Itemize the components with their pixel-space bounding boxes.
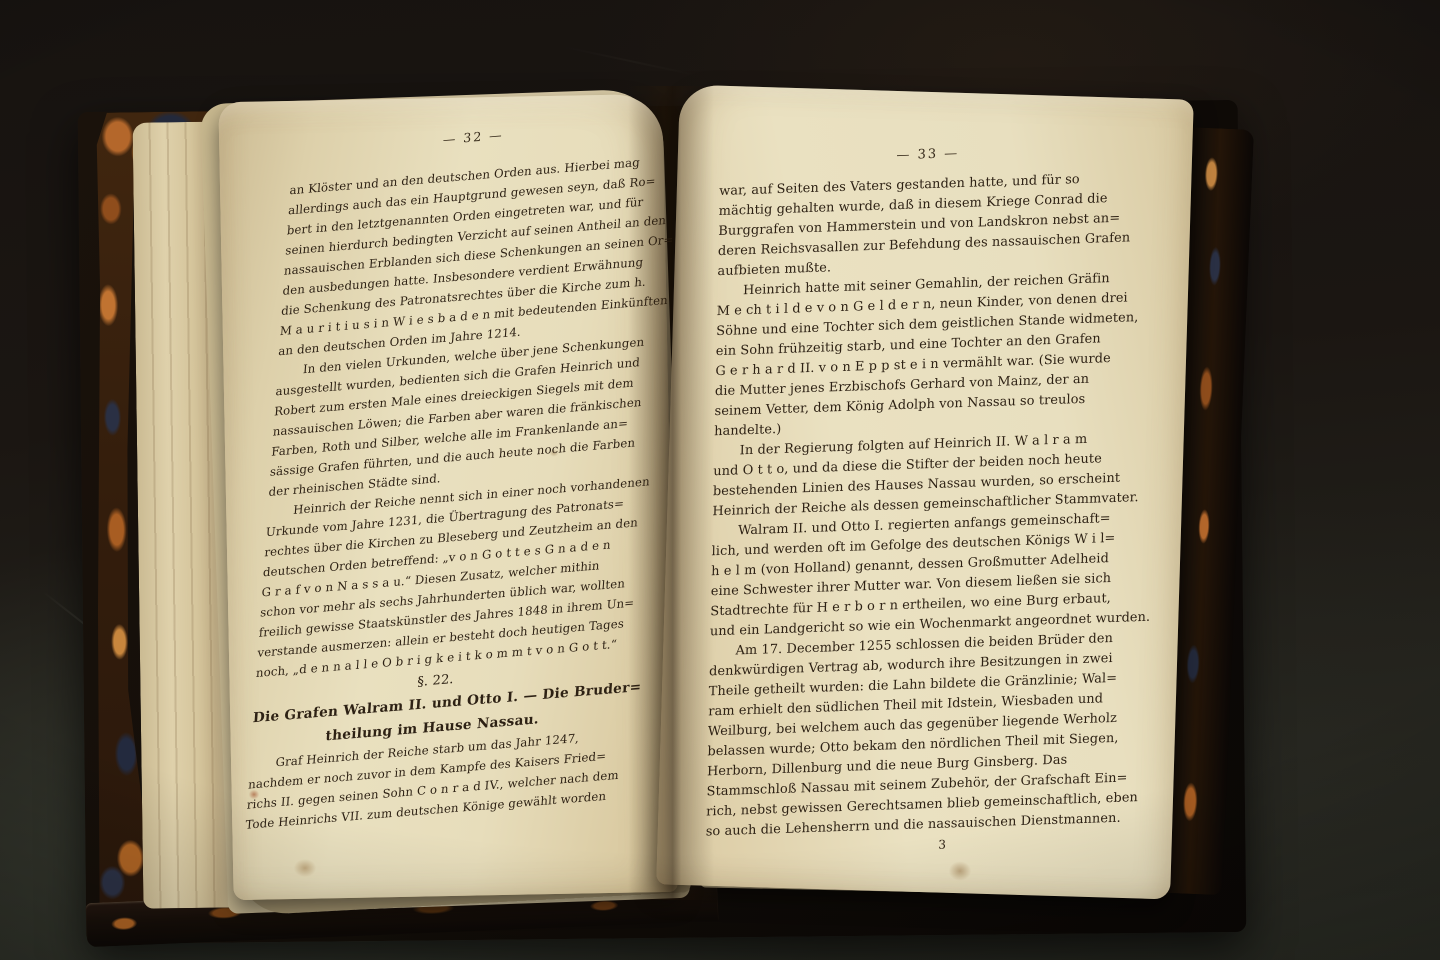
right-page-lines: war, auf Seiten des Vaters gestanden hat… bbox=[706, 168, 1136, 842]
left-page-lines: an Klöster und an den deutschen Orden au… bbox=[245, 151, 653, 835]
right-page-text: — 33 — war, auf Seiten des Vaters gestan… bbox=[705, 138, 1136, 862]
photo-scene: — 32 — an Klöster und an den deutschen O… bbox=[0, 0, 1440, 960]
table-scratch bbox=[561, 45, 698, 76]
left-page-text: — 32 — an Klöster und an den deutschen O… bbox=[245, 113, 655, 835]
